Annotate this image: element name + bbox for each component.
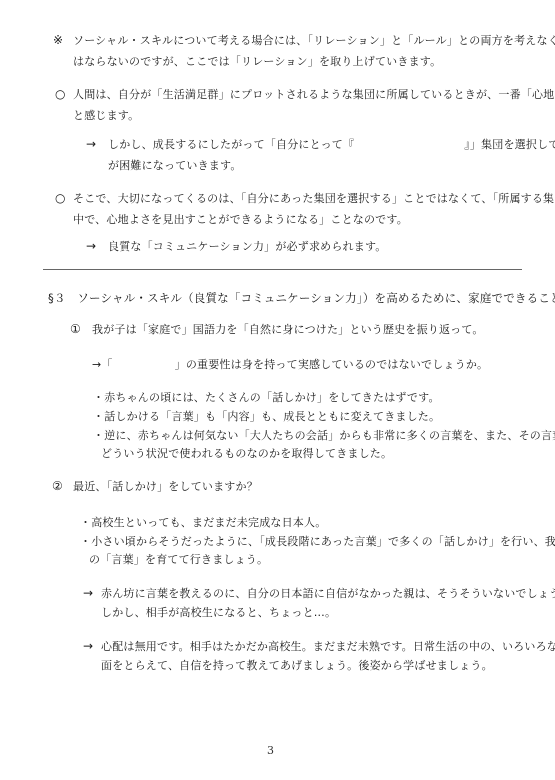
item2-arrow2-line-2: 面をとらえて、自信を持って教えてあげましょう。後姿から学ばせましょう。 xyxy=(101,659,493,672)
circle-bullet-icon: ○ xyxy=(55,88,65,101)
section3-heading: §３ ソーシャル・スキル（良質な「コミュニケーション力」）を高めるために、家庭で… xyxy=(48,292,555,305)
arrow1-line-1-a: しかし、成長するにしたがって「自分にとって『 xyxy=(108,138,354,151)
item2-bullet: ・高校生といっても、まだまだ未完成な日本人。 xyxy=(80,516,326,529)
point2-line-1: そこで、大切になってくるのは、「自分にあった集団を選択する」ことではなくて、「所… xyxy=(73,192,555,205)
arrow1-line-1-b: 』」集団を選択していくこと xyxy=(464,138,555,151)
item2-number: ② xyxy=(52,480,63,493)
item1-bullet-cont: どういう状況で使われるものなのかを取得してきました。 xyxy=(101,447,392,460)
note-line-2: はならないのですが、ここでは「リレーション」を取り上げていきます。 xyxy=(73,55,441,68)
circle-bullet-icon: ○ xyxy=(55,192,65,205)
arrow-icon: → xyxy=(86,138,96,151)
item2-text: 最近、「話しかけ」をしていますか？ xyxy=(73,480,258,493)
note-line-1: ソーシャル・スキルについて考える場合には、「リレーション」と「ルール」との両方を… xyxy=(73,34,555,47)
arrow-icon: → xyxy=(83,640,93,653)
point1-line-2: と感じます。 xyxy=(73,109,139,122)
item1-arrow-b: 」の重要性は身を持って実感しているのではないでしょうか。 xyxy=(175,358,489,371)
item1-text: 我が子は「家庭で」国語力を「自然に身につけた」という歴史を振り返って。 xyxy=(92,323,484,336)
item2-arrow2-line-1: 心配は無用です。相手はたかだか高校生。まだまだ未熟です。日常生活の中の、いろいろ… xyxy=(101,640,555,653)
item1-bullet: ・赤ちゃんの頃には、たくさんの「話しかけ」をしてきたはずです。 xyxy=(93,391,440,404)
item1-number: ① xyxy=(70,323,81,336)
item2-arrow1-line-1: 赤ん坊に言葉を教えるのに、自分の日本語に自信がなかった親は、そうそういないでしょ… xyxy=(101,587,555,600)
arrow-icon: → xyxy=(86,240,96,253)
page-number: 3 xyxy=(267,744,274,757)
item1-arrow-line: →「」の重要性は身を持って実感しているのではないでしょうか。 xyxy=(92,358,488,371)
item2-bullet-cont: の「言葉」を育てて行きましょう。 xyxy=(89,553,268,566)
item1-bullet: ・逆に、赤ちゃんは何気ない「大人たちの会話」からも非常に多くの言葉を、また、その… xyxy=(93,429,555,442)
arrow2-line-1: 良質な「コミュニケーション力」が必ず求められます。 xyxy=(108,240,386,253)
arrow-icon: → xyxy=(83,587,93,600)
item2-arrow1-line-2: しかし、相手が高校生になると、ちょっと…。 xyxy=(101,606,336,619)
point2-line-2: 中で、心地よさを見出すことができるようになる」ことなのです。 xyxy=(73,213,408,226)
point1-line-1: 人間は、自分が「生活満足群」にプロットされるような集団に所属しているときが、一番… xyxy=(73,88,555,101)
note-mark: ※ xyxy=(53,34,63,47)
item1-bullet: ・話しかける「言葉」も「内容」も、成長とともに変えてきました。 xyxy=(93,410,440,423)
item1-arrow-a: →「 xyxy=(92,358,113,371)
arrow1-line-2: が困難になっていきます。 xyxy=(108,159,242,172)
item2-bullet: ・小さい頃からそうだったように、「成長段階にあった言葉」で多くの「話しかけ」を行… xyxy=(80,535,555,548)
section-divider xyxy=(43,269,522,270)
arrow1-line-1: しかし、成長するにしたがって「自分にとって『』」集団を選択していくこと xyxy=(108,138,555,151)
